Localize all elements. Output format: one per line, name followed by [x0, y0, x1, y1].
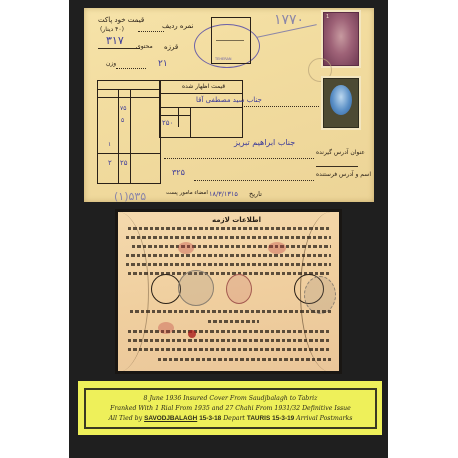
- recipient-address-label: عنوان آدرس گیرنده: [316, 149, 365, 156]
- printed-text-line: [158, 358, 331, 361]
- cover-back-paper: اطلاعات لازمه: [118, 212, 339, 371]
- red-wax-seal: [226, 274, 252, 304]
- fee-cell: ۵: [121, 117, 124, 124]
- table-divider: [98, 97, 160, 98]
- printed-text-line: [126, 254, 331, 257]
- fee-total: ۲: [108, 159, 112, 167]
- envelope-price-label: قیمت خود پاکت: [98, 16, 144, 24]
- handwritten-recipient-line: جناب سید مصطفی آقا: [196, 96, 262, 104]
- dotted-line: [164, 158, 314, 159]
- dotted-line: [138, 31, 164, 32]
- field-contents-label: محتوی: [136, 43, 153, 50]
- pencil-number: ۱۷۷۰: [274, 12, 304, 28]
- printed-text-line: [126, 263, 331, 266]
- caption-prefix: All Tied by: [109, 415, 143, 422]
- cover-front-image: قیمت خود پاکت (۴۰ دینار) ۳۱۷ نمره ردیف ق…: [84, 8, 374, 202]
- stamp-frame: [323, 78, 359, 128]
- fee-cell: ۷۵: [120, 105, 126, 112]
- weight-value: ۲۱: [158, 59, 168, 69]
- caption-line-2: Franked With 1 Rial From 1935 and 27 Cha…: [110, 404, 351, 414]
- red-ink-smudge: [268, 242, 286, 254]
- envelope-price-sub: (۴۰ دینار): [100, 26, 124, 33]
- printed-text-line: [128, 348, 331, 351]
- stamp-portrait: [330, 85, 352, 115]
- box-divider: [160, 115, 190, 116]
- fee-cell: ۱: [108, 141, 111, 148]
- transit-postmark: [178, 270, 214, 306]
- printed-text-line: [126, 236, 331, 239]
- caption-frame: 8 June 1936 Insured Cover From Saudjbala…: [84, 388, 377, 429]
- table-column: [130, 89, 131, 183]
- dotted-line: [116, 68, 146, 69]
- table-divider: [98, 89, 160, 90]
- cover-back-image: اطلاعات لازمه: [115, 209, 342, 374]
- declared-value-amount: ۲۵۰: [162, 119, 173, 127]
- caption-line-1: 8 June 1936 Insured Cover From Saudjbala…: [144, 394, 318, 404]
- red-seal-spot: [188, 330, 196, 338]
- handwritten-serial: ۳۱۷: [106, 34, 124, 47]
- field-ghazz-label: قرزه: [164, 43, 178, 51]
- printed-text-line: [128, 227, 331, 230]
- caption-suffix: Arrival Postmarks: [296, 415, 352, 422]
- caption-line-3: All Tied by SAVODJBALAGH 15-3-18 Depart …: [109, 414, 353, 424]
- dotted-line: [194, 180, 314, 181]
- red-ink-smudge: [158, 322, 174, 334]
- caption-place-1: SAVODJBALAGH: [144, 415, 197, 422]
- cachet-script: [216, 28, 244, 41]
- date-value: ۱۸/۳/۱۳۱۵: [209, 190, 238, 198]
- solid-line: [316, 166, 358, 167]
- declared-value-box: قیمت اظهار شده ۲۵۰: [159, 80, 243, 138]
- fee-table: ۷۵ ۵ ۱ ۲ ۲۵: [97, 80, 161, 184]
- table-column: [118, 89, 119, 183]
- instructions-heading: اطلاعات لازمه: [212, 216, 261, 224]
- caption-date-1: 15-3-18: [199, 415, 221, 422]
- table-divider: [98, 153, 160, 154]
- cachet-tehran-text: TEHERAN: [215, 57, 232, 61]
- fee-total: ۲۵: [120, 159, 128, 167]
- savodjbalagh-postmark: [151, 274, 181, 304]
- stamp-value-text: 1: [326, 14, 329, 20]
- underline: [98, 48, 140, 49]
- box-divider: [160, 93, 242, 94]
- sender-handwriting: ۳۲۵: [172, 168, 185, 177]
- blue-27-chahi-stamp: [321, 76, 361, 130]
- registration-cachet-box: TEHERAN: [211, 17, 251, 64]
- declared-value-label: قیمت اظهار شده: [182, 83, 225, 90]
- caption-date-2: 15-3-19: [272, 415, 294, 422]
- field-row-label: نمره ردیف: [162, 22, 193, 30]
- caption-box: 8 June 1936 Insured Cover From Saudjbala…: [78, 381, 382, 435]
- recipient-handwriting: جناب ابراهیم تبریز: [234, 138, 295, 147]
- stamp-portrait: 1: [323, 12, 359, 66]
- box-column: [190, 107, 191, 137]
- box-divider: [160, 107, 242, 108]
- printed-text-line: [128, 339, 331, 342]
- field-weight-label: وزن: [106, 60, 116, 67]
- red-ink-smudge: [178, 242, 194, 254]
- postal-official-signature-label: امضاء مامور پست: [166, 190, 208, 196]
- pencil-number-bottom: (۱)۵۳۵: [114, 190, 146, 202]
- sender-address-label: اسم و آدرس فرستنده: [316, 171, 371, 178]
- caption-depart: Depart: [223, 415, 245, 422]
- printed-text-line: [132, 245, 331, 248]
- caption-place-2: TAURIS: [247, 415, 270, 422]
- dotted-line: [244, 106, 319, 107]
- date-label: تاریخ: [249, 190, 262, 198]
- printed-text-line: [208, 320, 259, 323]
- box-column: [178, 107, 179, 127]
